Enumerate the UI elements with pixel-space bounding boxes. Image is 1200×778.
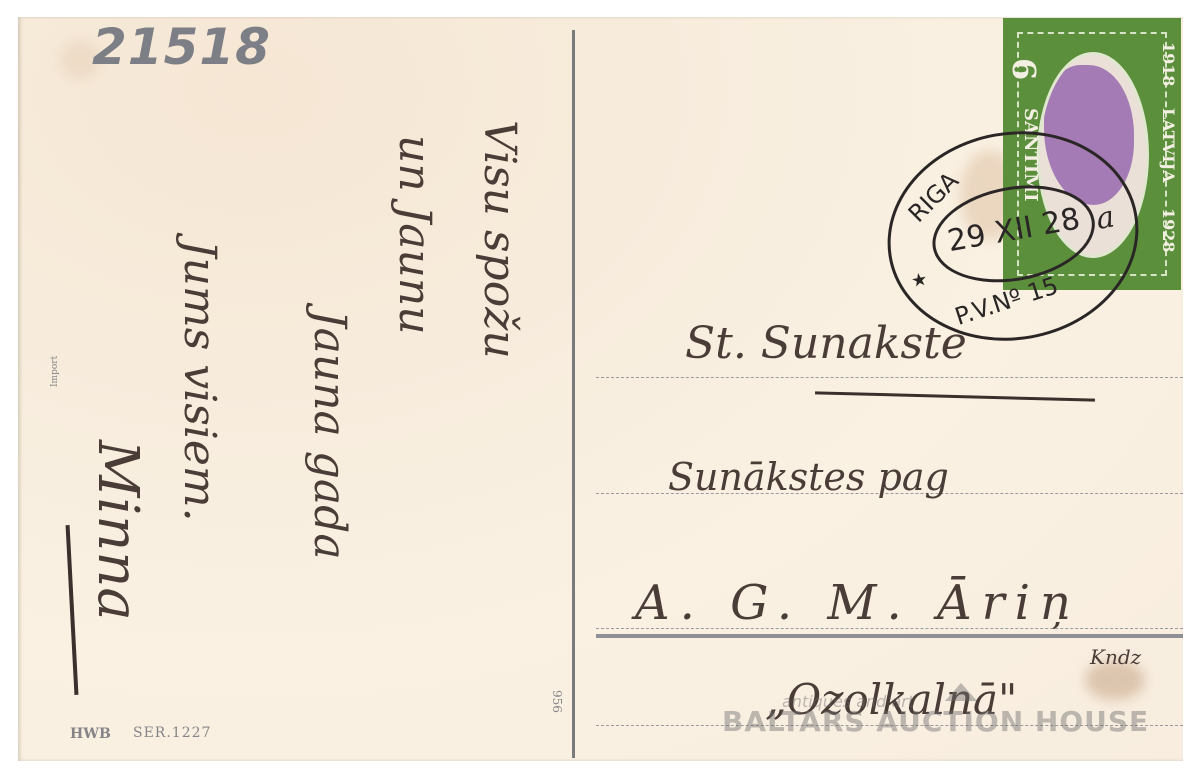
import-label: Import [50,387,81,397]
postmark-star-icon: ★ [910,269,930,292]
address-line-3: A. G. M. Āriņ [635,575,1081,631]
message-line-3-text: Jauna gada [304,310,355,560]
archive-number: 21518 [92,18,271,76]
message-line-4: Jums visiem. [225,240,507,291]
stamp-denomination: 6 [1005,58,1043,80]
address-solid-rule [596,634,1183,638]
signature: Minna [150,440,331,505]
address-line-1: St. Sunakste [685,318,967,369]
publisher-mark: HWB [70,726,111,742]
address-annotation: Kndz [1090,645,1141,669]
stamp-year-end: 1928 [1159,208,1178,253]
message-line-3: Jauna gada [355,310,605,361]
message-line-2: un Jaunu [440,135,640,186]
plate-number: 956 [564,690,587,704]
address-line-1-rule [596,377,1183,378]
address-line-2: Sunākstes pag [668,455,949,499]
series-number: SER.1227 [133,725,211,741]
watermark-title: BALTARS AUCTION HOUSE [722,705,1149,738]
stamp-year-start: 1918 [1159,42,1178,87]
postmark-letter: a [1093,199,1117,237]
import-label-text: Import [50,356,60,387]
plate-number-text: 956 [550,690,564,713]
watermark-crown-icon [945,683,977,701]
stamp-country: LATVIJA [1159,108,1178,183]
message-line-2-text: un Jaunu [389,135,440,335]
signature-text: Minna [85,440,150,621]
